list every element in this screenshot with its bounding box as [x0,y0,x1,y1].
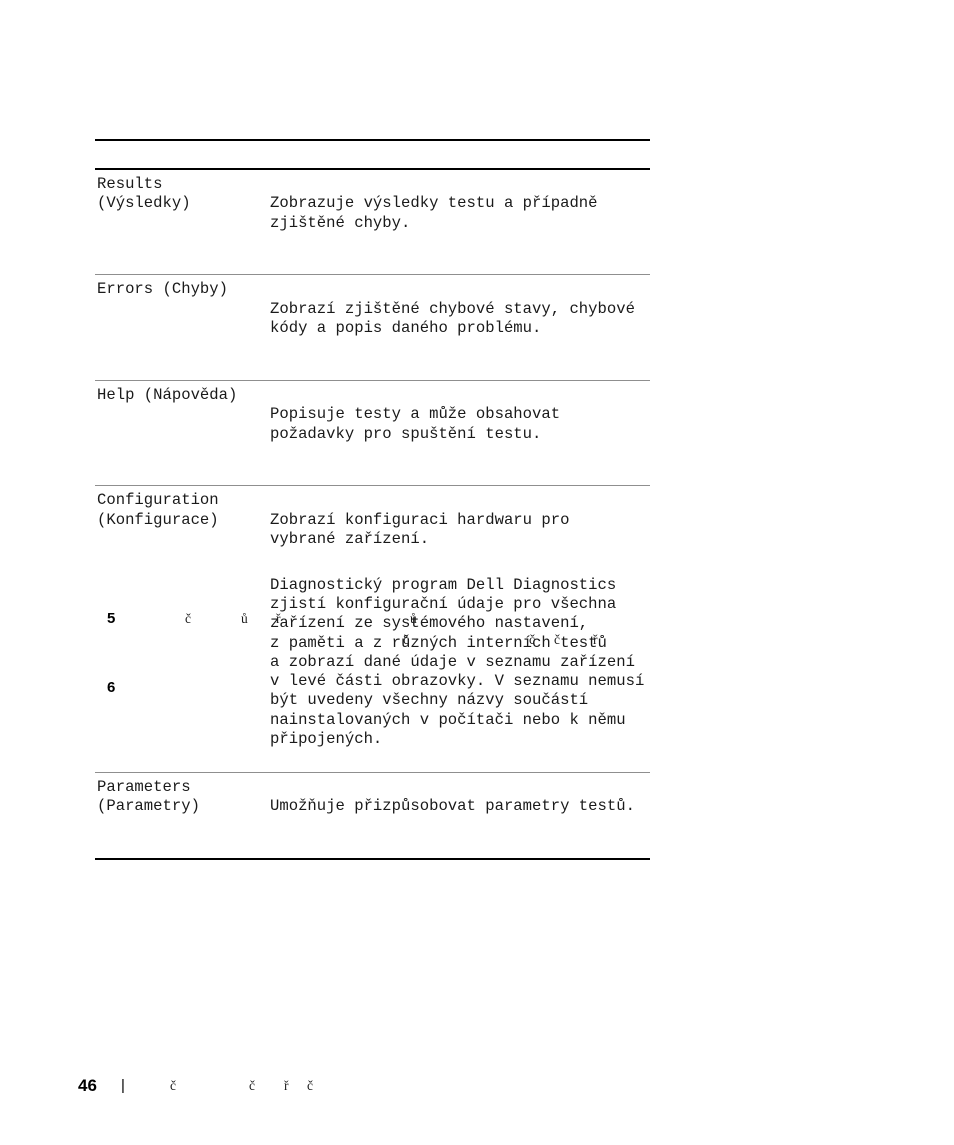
description-cell: Zobrazí zjištěné chybové stavy, chybové … [270,280,650,376]
term-cell: Parameters (Parametry) [97,778,270,855]
czech-glyph: ř [593,633,598,647]
table-row: Configuration (Konfigurace) Zobrazí konf… [95,485,650,771]
description-paragraph: Zobrazí konfiguraci hardwaru pro vybrané… [270,511,650,550]
footer-separator: | [121,1077,125,1094]
czech-glyph: ř [284,1079,289,1093]
description-cell: Zobrazuje výsledky testu a případně zjiš… [270,175,650,271]
czech-glyph: č [170,1079,176,1093]
description-paragraph: Popisuje testy a může obsahovat požadavk… [270,405,650,444]
czech-glyph: č [307,1079,313,1093]
czech-glyph: ů [241,612,248,626]
table-top-rule [95,139,650,141]
czech-glyph: č [403,633,409,647]
description-paragraph: Umožňuje přizpůsobovat parametry testů. [270,797,650,816]
description-cell: Umožňuje přizpůsobovat parametry testů. [270,778,650,855]
table-row: Parameters (Parametry) Umožňuje přizpůso… [95,772,650,858]
description-paragraph: Zobrazuje výsledky testu a případně zjiš… [270,194,650,233]
table-row: Results (Výsledky) Zobrazuje výsledky te… [95,170,650,274]
table-row: Help (Nápověda) Popisuje testy a může ob… [95,380,650,485]
czech-glyph: ů [410,612,417,626]
term-cell: Results (Výsledky) [97,175,270,271]
step-number-5: 5 [107,610,115,627]
czech-glyph: ř [276,612,281,626]
step-number-6: 6 [107,679,115,696]
description-paragraph: Diagnostický program Dell Diagnostics zj… [270,576,650,750]
description-paragraph: Zobrazí zjištěné chybové stavy, chybové … [270,300,650,339]
page-number: 46 [78,1076,97,1096]
czech-glyph: č [249,1079,255,1093]
term-cell: Errors (Chyby) [97,280,270,376]
table-row: Errors (Chyby) Zobrazí zjištěné chybové … [95,274,650,379]
document-page: Results (Výsledky) Zobrazuje výsledky te… [0,0,954,1145]
description-cell: Zobrazí konfiguraci hardwaru pro vybrané… [270,491,650,768]
czech-glyph: č [554,633,560,647]
czech-glyph: č [529,633,535,647]
diagnostics-tabs-table: Results (Výsledky) Zobrazuje výsledky te… [95,170,650,860]
term-cell: Configuration (Konfigurace) [97,491,270,768]
description-cell: Popisuje testy a může obsahovat požadavk… [270,386,650,482]
czech-glyph: č [185,612,191,626]
term-cell: Help (Nápověda) [97,386,270,482]
